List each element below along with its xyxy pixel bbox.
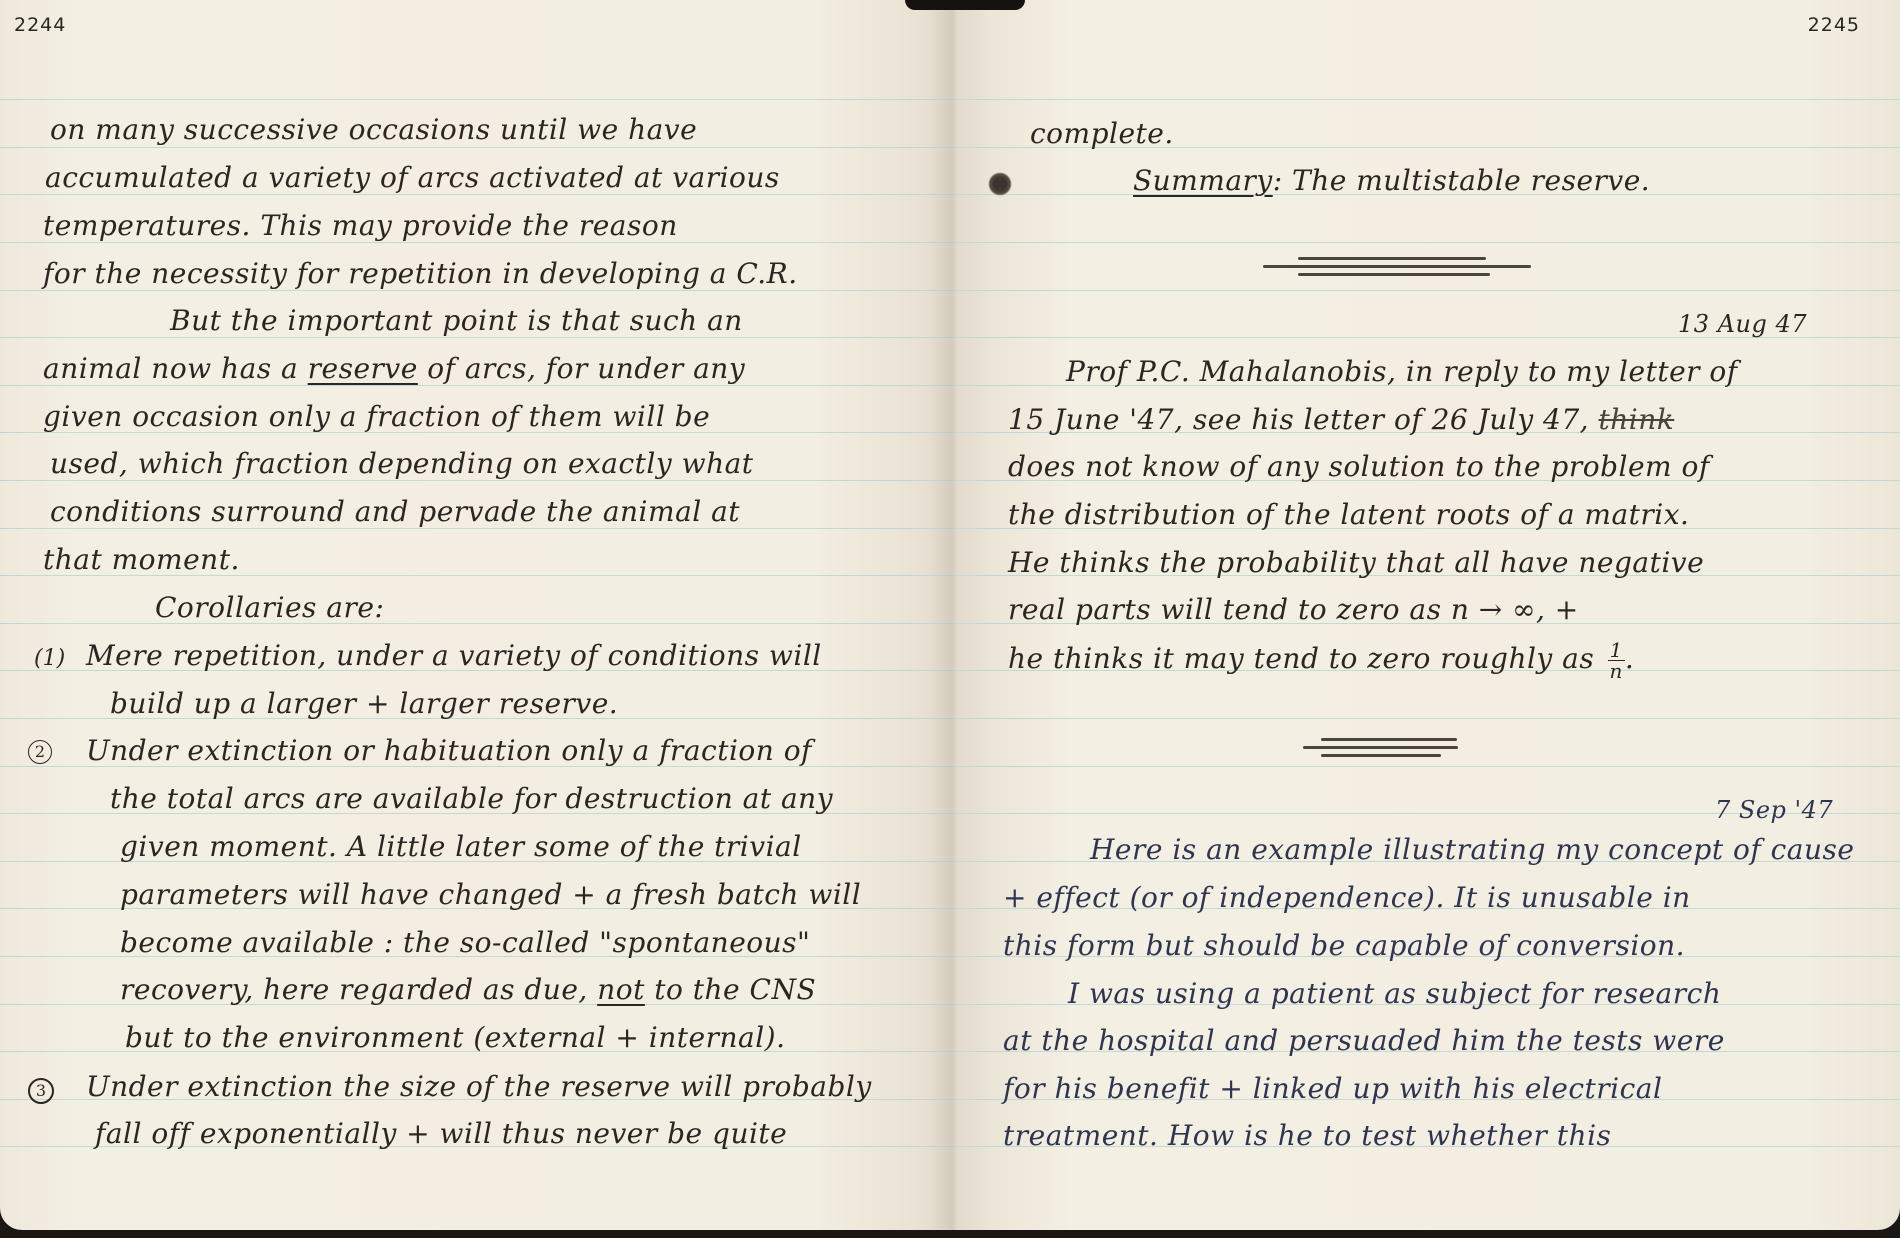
text-segment: of arcs, for under any	[418, 352, 745, 385]
ruling-line	[958, 290, 1900, 291]
ruling-line	[0, 99, 958, 100]
circled-number: 2	[28, 740, 52, 764]
entry-date: 7 Sep '47	[1715, 798, 1833, 822]
text-line: recovery, here regarded as due, not to t…	[120, 976, 816, 1004]
page-number: 2245	[1808, 14, 1860, 36]
entry-date: 13 Aug 47	[1678, 312, 1807, 336]
corollary-1-marker: (1)	[34, 646, 65, 671]
text-segment: animal now has a	[43, 352, 308, 385]
text-line: treatment. How is he to test whether thi…	[1003, 1122, 1611, 1150]
text-line: But the important point is that such an	[170, 307, 743, 335]
text-line: accumulated a variety of arcs activated …	[45, 164, 780, 192]
text-line: complete.	[1030, 120, 1174, 148]
circled-number: 3	[28, 1078, 54, 1104]
text-line: Corollaries are:	[155, 594, 384, 622]
section-separator	[1303, 736, 1573, 766]
text-line: on many successive occasions until we ha…	[50, 116, 697, 144]
text-line: at the hospital and persuaded him the te…	[1003, 1027, 1725, 1055]
text-line: given occasion only a fraction of them w…	[43, 403, 710, 431]
ruling-line	[0, 194, 958, 195]
text-line: 15 June '47, see his letter of 26 July 4…	[1008, 406, 1674, 434]
underlined-word-reserve: reserve	[308, 352, 418, 385]
text-line: Under extinction the size of the reserve…	[86, 1073, 872, 1101]
text-line: but to the environment (external + inter…	[125, 1024, 785, 1052]
ruling-line	[0, 147, 958, 148]
binding-edge	[905, 0, 1025, 10]
summary-heading: Summary: The multistable reserve.	[1133, 167, 1650, 195]
text-line: Here is an example illustrating my conce…	[1090, 836, 1854, 864]
right-page: 2245 complete. Summary: The multistable …	[958, 0, 1900, 1230]
text-line: this form but should be capable of conve…	[1003, 932, 1685, 960]
text-segment: 15 June '47, see his letter of 26 July 4…	[1008, 403, 1598, 436]
text-line: Under extinction or habituation only a f…	[86, 737, 812, 765]
text-line: I was using a patient as subject for res…	[1068, 980, 1721, 1008]
text-line: conditions surround and pervade the anim…	[50, 498, 740, 526]
ruling-line	[0, 290, 958, 291]
ruling-line	[958, 242, 1900, 243]
left-page: 2244 on many successive occasions until …	[0, 0, 958, 1230]
ruling-line	[958, 718, 1900, 719]
text-line: real parts will tend to zero as n → ∞, +	[1008, 596, 1579, 624]
text-line: given moment. A little later some of the…	[120, 833, 802, 861]
text-line: parameters will have changed + a fresh b…	[120, 881, 861, 909]
fraction-one-over-n: 1n	[1608, 640, 1625, 681]
text-line: the distribution of the latent roots of …	[1008, 501, 1689, 529]
ruling-line	[0, 623, 958, 624]
text-line: Mere repetition, under a variety of cond…	[86, 642, 822, 670]
ruling-line	[0, 337, 958, 338]
ruling-line	[958, 99, 1900, 100]
scribble-mark	[988, 172, 1012, 196]
corollary-3-marker: 3	[28, 1077, 54, 1104]
summary-label: Summary	[1133, 164, 1273, 197]
text-line: become available : the so-called "sponta…	[120, 929, 810, 957]
text-line: he thinks it may tend to zero roughly as…	[1008, 640, 1634, 681]
text-segment: to the CNS	[645, 973, 816, 1006]
page-number: 2244	[14, 14, 66, 36]
text-line: for the necessity for repetition in deve…	[43, 260, 798, 288]
text-segment: recovery, here regarded as due,	[120, 973, 597, 1006]
corollary-2-marker: 2	[28, 738, 52, 764]
text-line: that moment.	[43, 546, 240, 574]
ruling-line	[0, 385, 958, 386]
text-line: for his benefit + linked up with his ele…	[1003, 1075, 1662, 1103]
text-line: He thinks the probability that all have …	[1008, 549, 1704, 577]
ruling-line	[0, 480, 958, 481]
ruling-line	[0, 528, 958, 529]
text-line: Prof P.C. Mahalanobis, in reply to my le…	[1066, 358, 1738, 386]
struck-word: think	[1598, 403, 1674, 436]
text-line: fall off exponentially + will thus never…	[95, 1120, 787, 1148]
text-line: used, which fraction depending on exactl…	[50, 450, 754, 478]
ruling-line	[958, 766, 1900, 767]
text-segment: he thinks it may tend to zero roughly as	[1008, 642, 1604, 675]
ruling-line	[0, 242, 958, 243]
text-line: animal now has a reserve of arcs, for un…	[43, 355, 745, 383]
text-line: + effect (or of independence). It is unu…	[1003, 884, 1691, 912]
summary-text: : The multistable reserve.	[1273, 164, 1651, 197]
text-line: does not know of any solution to the pro…	[1008, 453, 1710, 481]
text-line: the total arcs are available for destruc…	[110, 785, 833, 813]
section-separator	[1263, 255, 1533, 285]
underlined-word-not: not	[597, 973, 645, 1006]
text-line: temperatures. This may provide the reaso…	[43, 212, 678, 240]
text-line: build up a larger + larger reserve.	[110, 690, 618, 718]
